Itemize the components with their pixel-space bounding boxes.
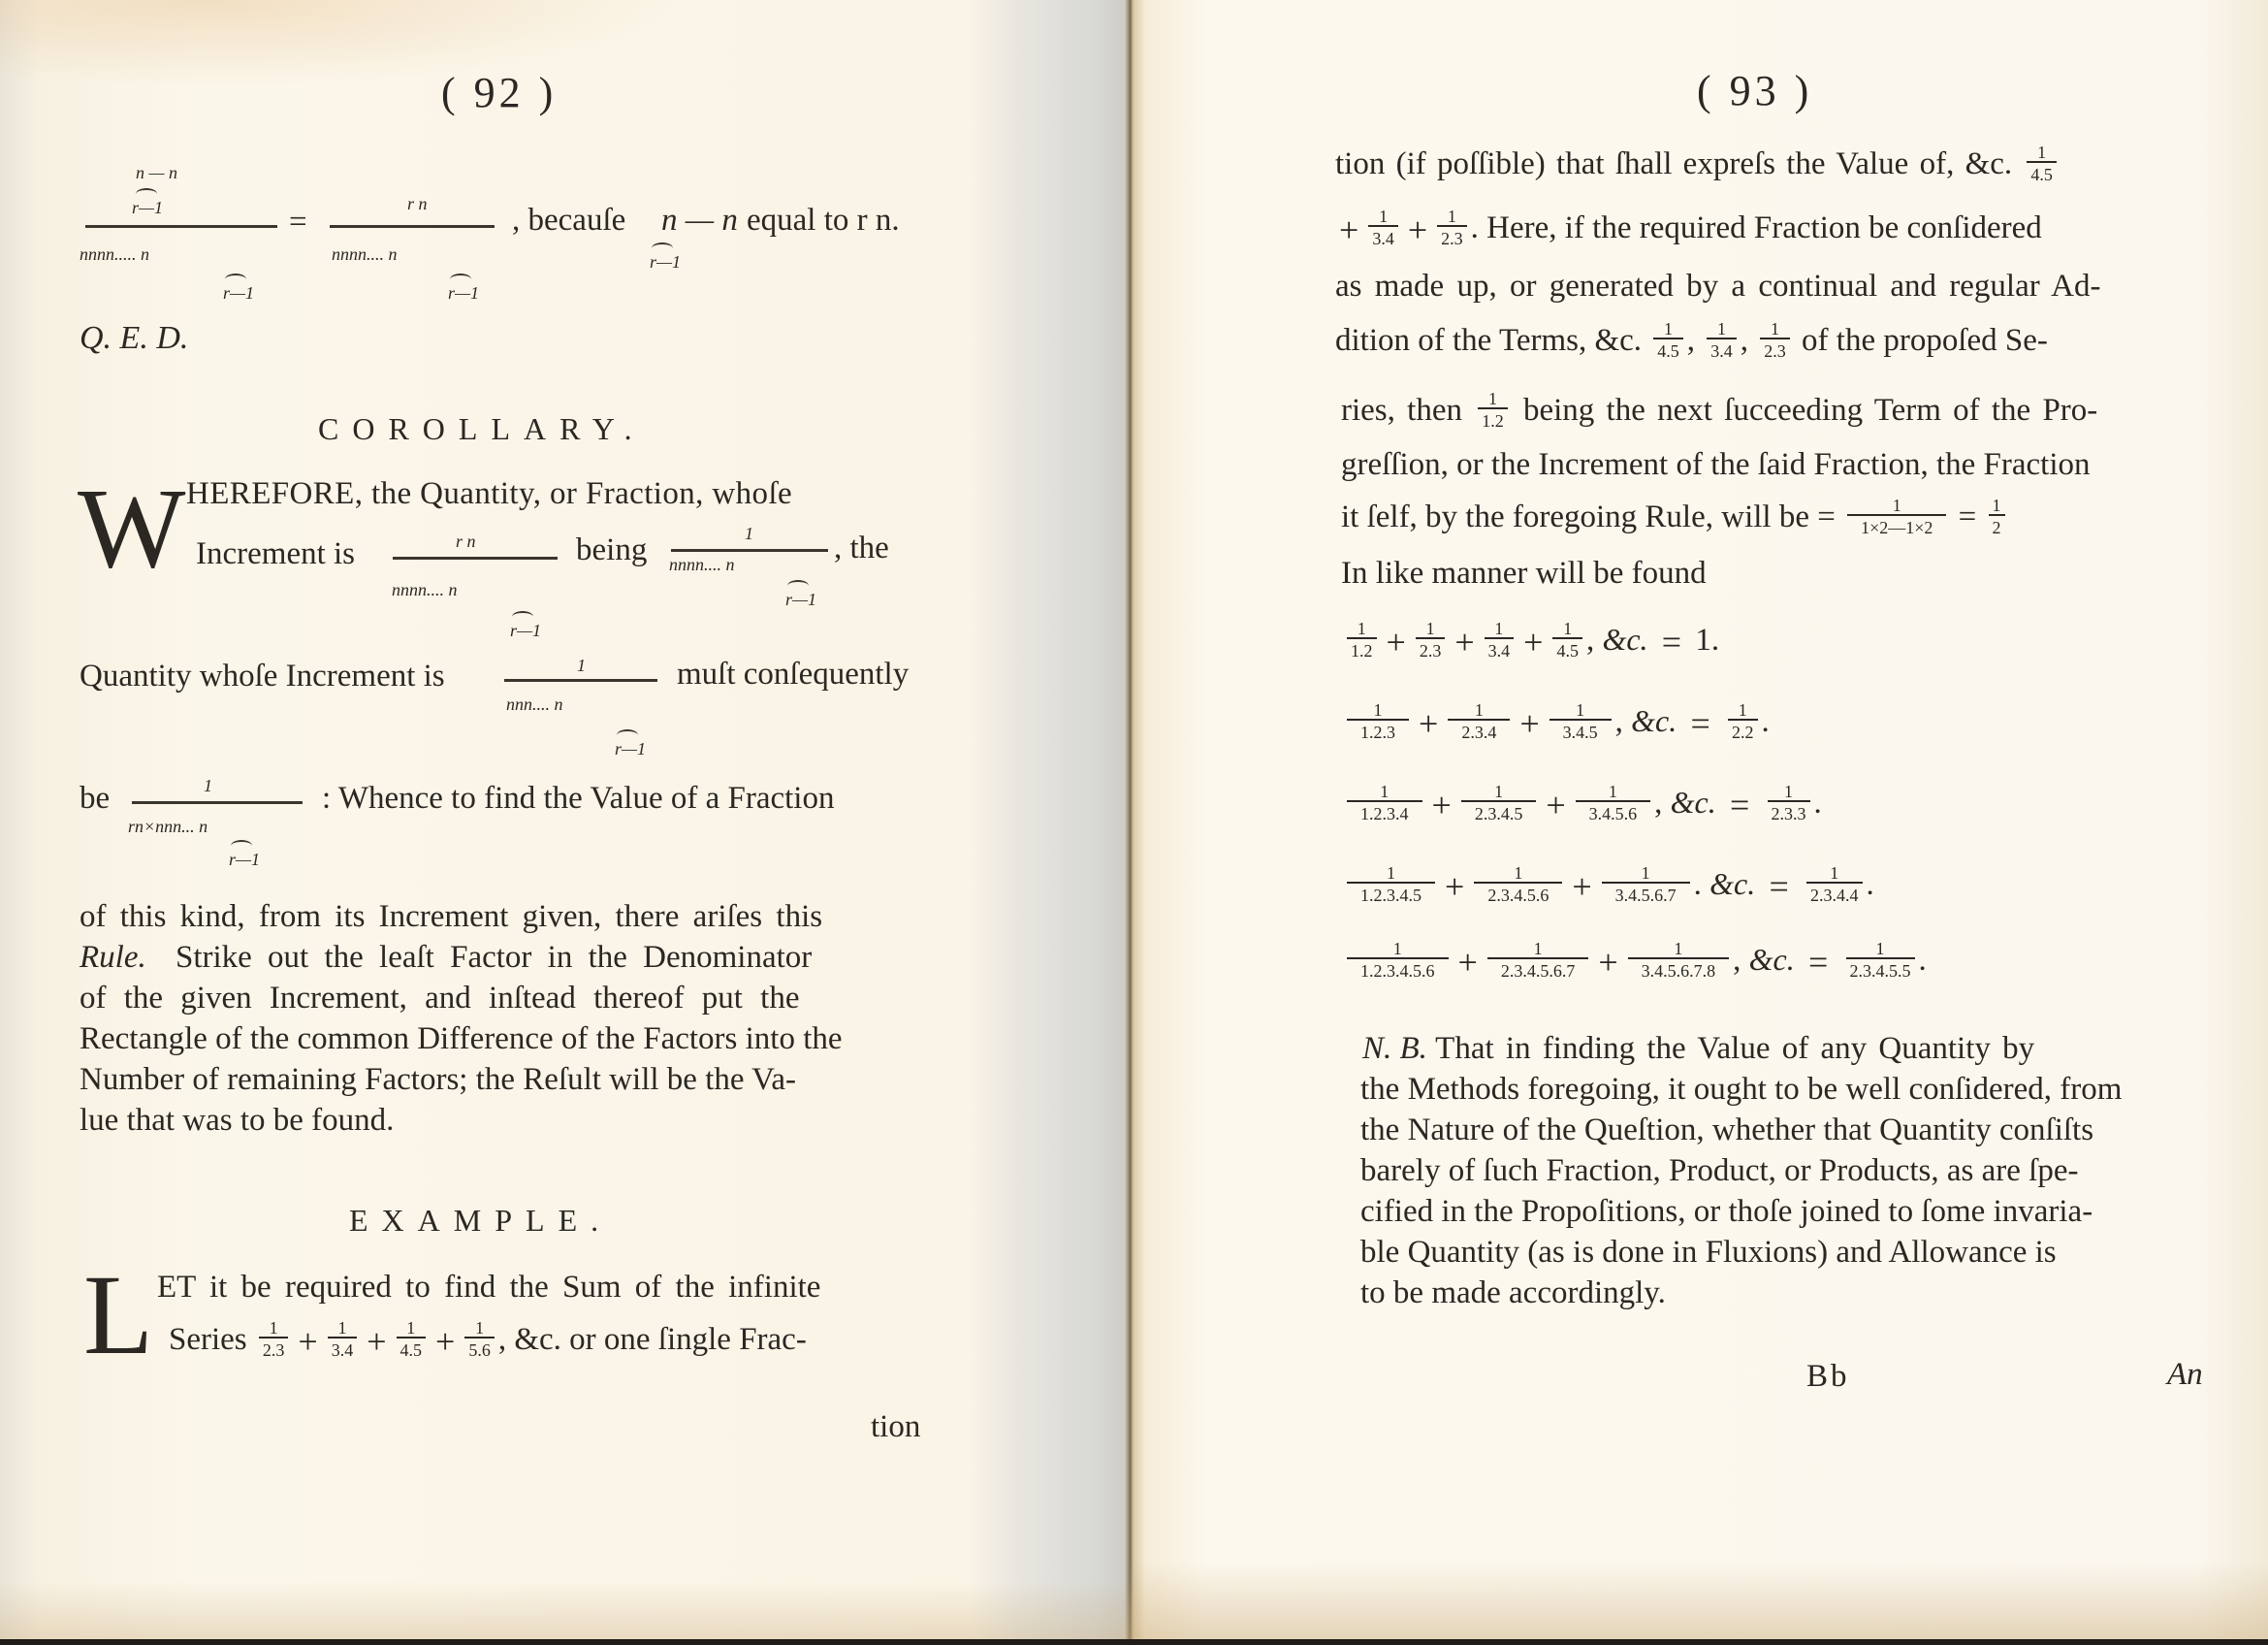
eq-lhs-numerator: n — n — [136, 163, 177, 183]
right-line-8: In like manner will be found — [1341, 553, 1707, 594]
nb-line-3: the Nature of the Queſtion, whether that… — [1360, 1110, 2093, 1150]
series-equation-1: 11.2+12.3+13.4+14.5, &c. = 1. — [1343, 619, 1719, 662]
series-label: Series — [169, 1322, 247, 1357]
example-line-1: ET it be required to find the Sum of the… — [157, 1267, 820, 1307]
series-equation-2: 11.2.3+12.3.4+13.4.5, &c. = 12.2. — [1343, 700, 1770, 744]
example-line-2-b: , &c. or one ſingle Frac- — [498, 1322, 807, 1357]
fraction: 13.4.5.6.7.8 — [1628, 940, 1730, 981]
drop-cap-l: L — [83, 1267, 153, 1364]
fraction: 12.3 — [1760, 320, 1790, 361]
plus-sign: + — [1458, 943, 1478, 982]
plus-sign: + — [1419, 704, 1438, 743]
corollary-line-4-a: be — [80, 778, 110, 819]
fraction-bar — [504, 679, 657, 682]
fraction: 11.2.3.4.5 — [1347, 864, 1435, 905]
fraction: 13.4.5 — [1549, 701, 1612, 742]
drop-cap-w: W — [78, 480, 185, 577]
series-term-3: 14.5 — [397, 1319, 427, 1360]
corollary-para-line-1: of this kind, from its Increment given, … — [80, 896, 822, 937]
plus-sign: + — [1454, 623, 1474, 661]
page-number-93: ( 93 ) — [1697, 66, 1812, 115]
plus-sign: + — [1445, 867, 1464, 906]
fraction: 11.2.3 — [1347, 701, 1409, 742]
frac-den: rn×nnn... n — [128, 817, 208, 837]
series-result: 12.3.4.5.5 — [1846, 940, 1915, 981]
equals-sign: = — [1730, 786, 1749, 824]
fraction: 12.3 — [1416, 620, 1446, 661]
right-line-7-a: it ſelf, by the foregoing Rule, will be … — [1341, 500, 1836, 534]
fraction: 11×2—1×2 — [1847, 497, 1946, 537]
example-heading: EXAMPLE. — [349, 1203, 612, 1239]
right-line-4: dition of the Terms, &c. 14.5, 13.4, 12.… — [1335, 320, 2048, 363]
right-line-5-b: being the next ſucceeding Term of the Pr… — [1523, 393, 2097, 428]
signature-mark: Bb — [1806, 1356, 1850, 1397]
frac-den-sub: r—1 — [229, 850, 260, 870]
fraction: 12.3.4.5.6 — [1474, 864, 1562, 905]
corollary-para-line-3: of the given Increment, and inſtead ther… — [80, 978, 800, 1018]
fraction: 14.5 — [2027, 144, 2057, 184]
corollary-line-2-c: , the — [834, 528, 889, 568]
plus-sign: + — [298, 1322, 317, 1361]
eq-lhs-numerator-sub: r—1 — [132, 198, 163, 218]
frac-num: 1 — [745, 524, 753, 544]
corollary-para-line-6: lue that was to be found. — [80, 1100, 394, 1141]
fraction: 12 — [1989, 497, 2005, 537]
fraction: 12.3.4.5 — [1461, 783, 1537, 823]
frac-den-sub: r—1 — [510, 621, 541, 641]
fraction-bar — [85, 225, 277, 228]
corollary-heading: COROLLARY. — [318, 411, 646, 447]
fraction: 13.4 — [1368, 208, 1398, 248]
corollary-line-4-b: : Whence to find the Value of a Fraction — [322, 778, 834, 819]
plus-sign: + — [1387, 623, 1406, 661]
etc-sign: &c. — [1671, 785, 1716, 820]
plus-sign: + — [367, 1322, 386, 1361]
etc-sign: &c. — [1602, 622, 1647, 657]
corollary-line-1: HEREFORE, the Quantity, or Fraction, who… — [186, 473, 792, 514]
right-line-7: it ſelf, by the foregoing Rule, will be … — [1341, 497, 2009, 539]
plus-sign: + — [1572, 867, 1591, 906]
example-line-2: Series 12.3+13.4+14.5+15.6, &c. or one ſ… — [169, 1319, 807, 1362]
series-term-4: 15.6 — [464, 1319, 495, 1360]
plus-sign: + — [1519, 704, 1539, 743]
series-result: 12.3.3 — [1768, 783, 1810, 823]
etc-sign: &c. — [1709, 866, 1755, 901]
right-line-4-b: of the propoſed Se- — [1802, 323, 2048, 358]
corollary-line-2-b: being — [576, 530, 647, 570]
right-line-3: as made up, or generated by a continual … — [1335, 266, 2100, 306]
plus-sign: + — [1408, 210, 1427, 249]
equals-sign: = — [289, 202, 307, 242]
fraction: 13.4 — [1707, 320, 1737, 361]
frac-den-sub: r—1 — [615, 739, 646, 759]
frac-den: nnnn.... n — [392, 580, 458, 600]
corollary-para-line-4: Rectangle of the common Difference of th… — [80, 1018, 843, 1059]
fraction: 12.3.4 — [1448, 701, 1510, 742]
fraction-bar — [671, 549, 828, 552]
plus-sign: + — [1432, 786, 1452, 824]
etc-sign: &c. — [1631, 703, 1677, 738]
fraction: 13.4 — [1485, 620, 1515, 661]
equals-sign: = — [1769, 867, 1788, 906]
plus-sign: + — [1546, 786, 1565, 824]
right-line-5: ries, then 11.2 being the next ſucceedin… — [1341, 390, 2097, 433]
right-line-1: tion (if poſſible) that ſhall expreſs th… — [1335, 144, 2060, 186]
rule-word: Rule. — [80, 940, 146, 975]
fraction-bar — [330, 225, 495, 228]
left-page: ( 92 ) n — n r—1 nnnn..... n r—1 = r n n… — [0, 0, 1130, 1639]
fraction-bar — [393, 557, 558, 560]
frac-num: 1 — [577, 656, 586, 676]
fraction: 11.2 — [1478, 390, 1508, 431]
series-result: 12.3.4.4 — [1806, 864, 1863, 905]
eq-trailing-expr-sub: r—1 — [650, 252, 681, 273]
catchword-left: tion — [871, 1406, 920, 1447]
equals-sign: = — [1959, 500, 1977, 534]
equals-sign: = — [1662, 623, 1681, 661]
series-equation-3: 11.2.3.4+12.3.4.5+13.4.5.6, &c. = 12.3.3… — [1343, 782, 1822, 825]
eq-rhs-denominator: nnnn.... n — [332, 244, 398, 265]
etc-sign: &c. — [1749, 942, 1795, 977]
equals-sign: = — [1808, 943, 1828, 982]
eq-rhs-denominator-sub: r—1 — [448, 283, 479, 304]
fraction: 12.3 — [1437, 208, 1467, 248]
frac-den: nnnn.... n — [669, 555, 735, 575]
corollary-line-3-a: Quantity whoſe Increment is — [80, 656, 445, 696]
fraction: 13.4.5.6 — [1576, 783, 1651, 823]
nb-line-6: ble Quantity (as is done in Fluxions) an… — [1360, 1232, 2057, 1273]
frac-num: r n — [456, 532, 476, 552]
fraction: 13.4.5.6.7 — [1602, 864, 1690, 905]
series-term-1: 12.3 — [259, 1319, 289, 1360]
qed: Q. E. D. — [80, 318, 188, 359]
frac-num: 1 — [204, 776, 212, 796]
corollary-line-2-a: Increment is — [196, 533, 355, 574]
plus-sign: + — [1523, 623, 1543, 661]
right-line-1-text: tion (if poſſible) that ſhall expreſs th… — [1335, 146, 2012, 181]
eq-lhs-denominator: nnnn..... n — [80, 244, 149, 265]
frac-den: nnn.... n — [506, 694, 563, 715]
fraction: 14.5 — [1653, 320, 1683, 361]
catchword-right: An — [2167, 1354, 2203, 1395]
eq-trailing-text: , becauſe — [512, 200, 625, 241]
fraction: 11.2 — [1347, 620, 1377, 661]
fraction: 11.2.3.4.5.6 — [1347, 940, 1449, 981]
nb-line-2: the Methods foregoing, it ought to be we… — [1360, 1069, 2122, 1110]
right-page: ( 93 ) tion (if poſſible) that ſhall exp… — [1130, 0, 2268, 1639]
nb-label: N. B. — [1362, 1031, 1427, 1066]
eq-lhs-denominator-sub: r—1 — [223, 283, 254, 304]
series-term-2: 13.4 — [328, 1319, 358, 1360]
corollary-para-line-5: Number of remaining Factors; the Reſult … — [80, 1059, 796, 1100]
plus-sign: + — [1598, 943, 1617, 982]
series-equation-5: 11.2.3.4.5.6+12.3.4.5.6.7+13.4.5.6.7.8, … — [1343, 939, 1927, 983]
corollary-line-3-b: muſt conſequently — [677, 654, 909, 694]
scan-background-edge — [0, 1639, 2268, 1645]
nb-line-5: cified in the Propoſitions, or thoſe joi… — [1360, 1191, 2092, 1232]
nb-line-4: barely of ſuch Fraction, Product, or Pro… — [1360, 1150, 2078, 1191]
nb-line-7: to be made accordingly. — [1360, 1273, 1666, 1313]
plus-sign: + — [1339, 210, 1358, 249]
series-result: 1. — [1695, 623, 1719, 658]
page-number-92: ( 92 ) — [441, 68, 557, 117]
corollary-para-line-2: Strike out the leaſt Factor in the Denom… — [176, 940, 812, 975]
right-line-5-a: ries, then — [1341, 393, 1462, 428]
right-line-2: +13.4+12.3. Here, if the required Fracti… — [1333, 208, 2042, 250]
eq-rhs-numerator: r n — [407, 194, 428, 214]
right-line-2-text: . Here, if the required Fraction be conſ… — [1471, 210, 2042, 245]
eq-trailing-end: equal to r n. — [747, 200, 900, 241]
right-line-6: greſſion, or the Increment of the ſaid F… — [1341, 444, 2091, 485]
frac-den-sub: r—1 — [785, 590, 816, 610]
fraction: 11.2.3.4 — [1347, 783, 1422, 823]
equals-sign: = — [1690, 704, 1709, 743]
series-result: 12.2 — [1728, 701, 1758, 742]
right-line-4-a: dition of the Terms, &c. — [1335, 323, 1642, 358]
nb-line-1: N. B. That in finding the Value of any Q… — [1362, 1028, 2034, 1069]
eq-trailing-expr: n — n — [661, 200, 738, 241]
plus-sign: + — [435, 1322, 455, 1361]
fraction: 14.5 — [1552, 620, 1582, 661]
fraction: 12.3.4.5.6.7 — [1487, 940, 1589, 981]
series-equation-4: 11.2.3.4.5+12.3.4.5.6+13.4.5.6.7. &c. = … — [1343, 863, 1874, 907]
nb-line-1-text: That in finding the Value of any Quantit… — [1435, 1031, 2034, 1066]
fraction-bar — [132, 801, 303, 804]
